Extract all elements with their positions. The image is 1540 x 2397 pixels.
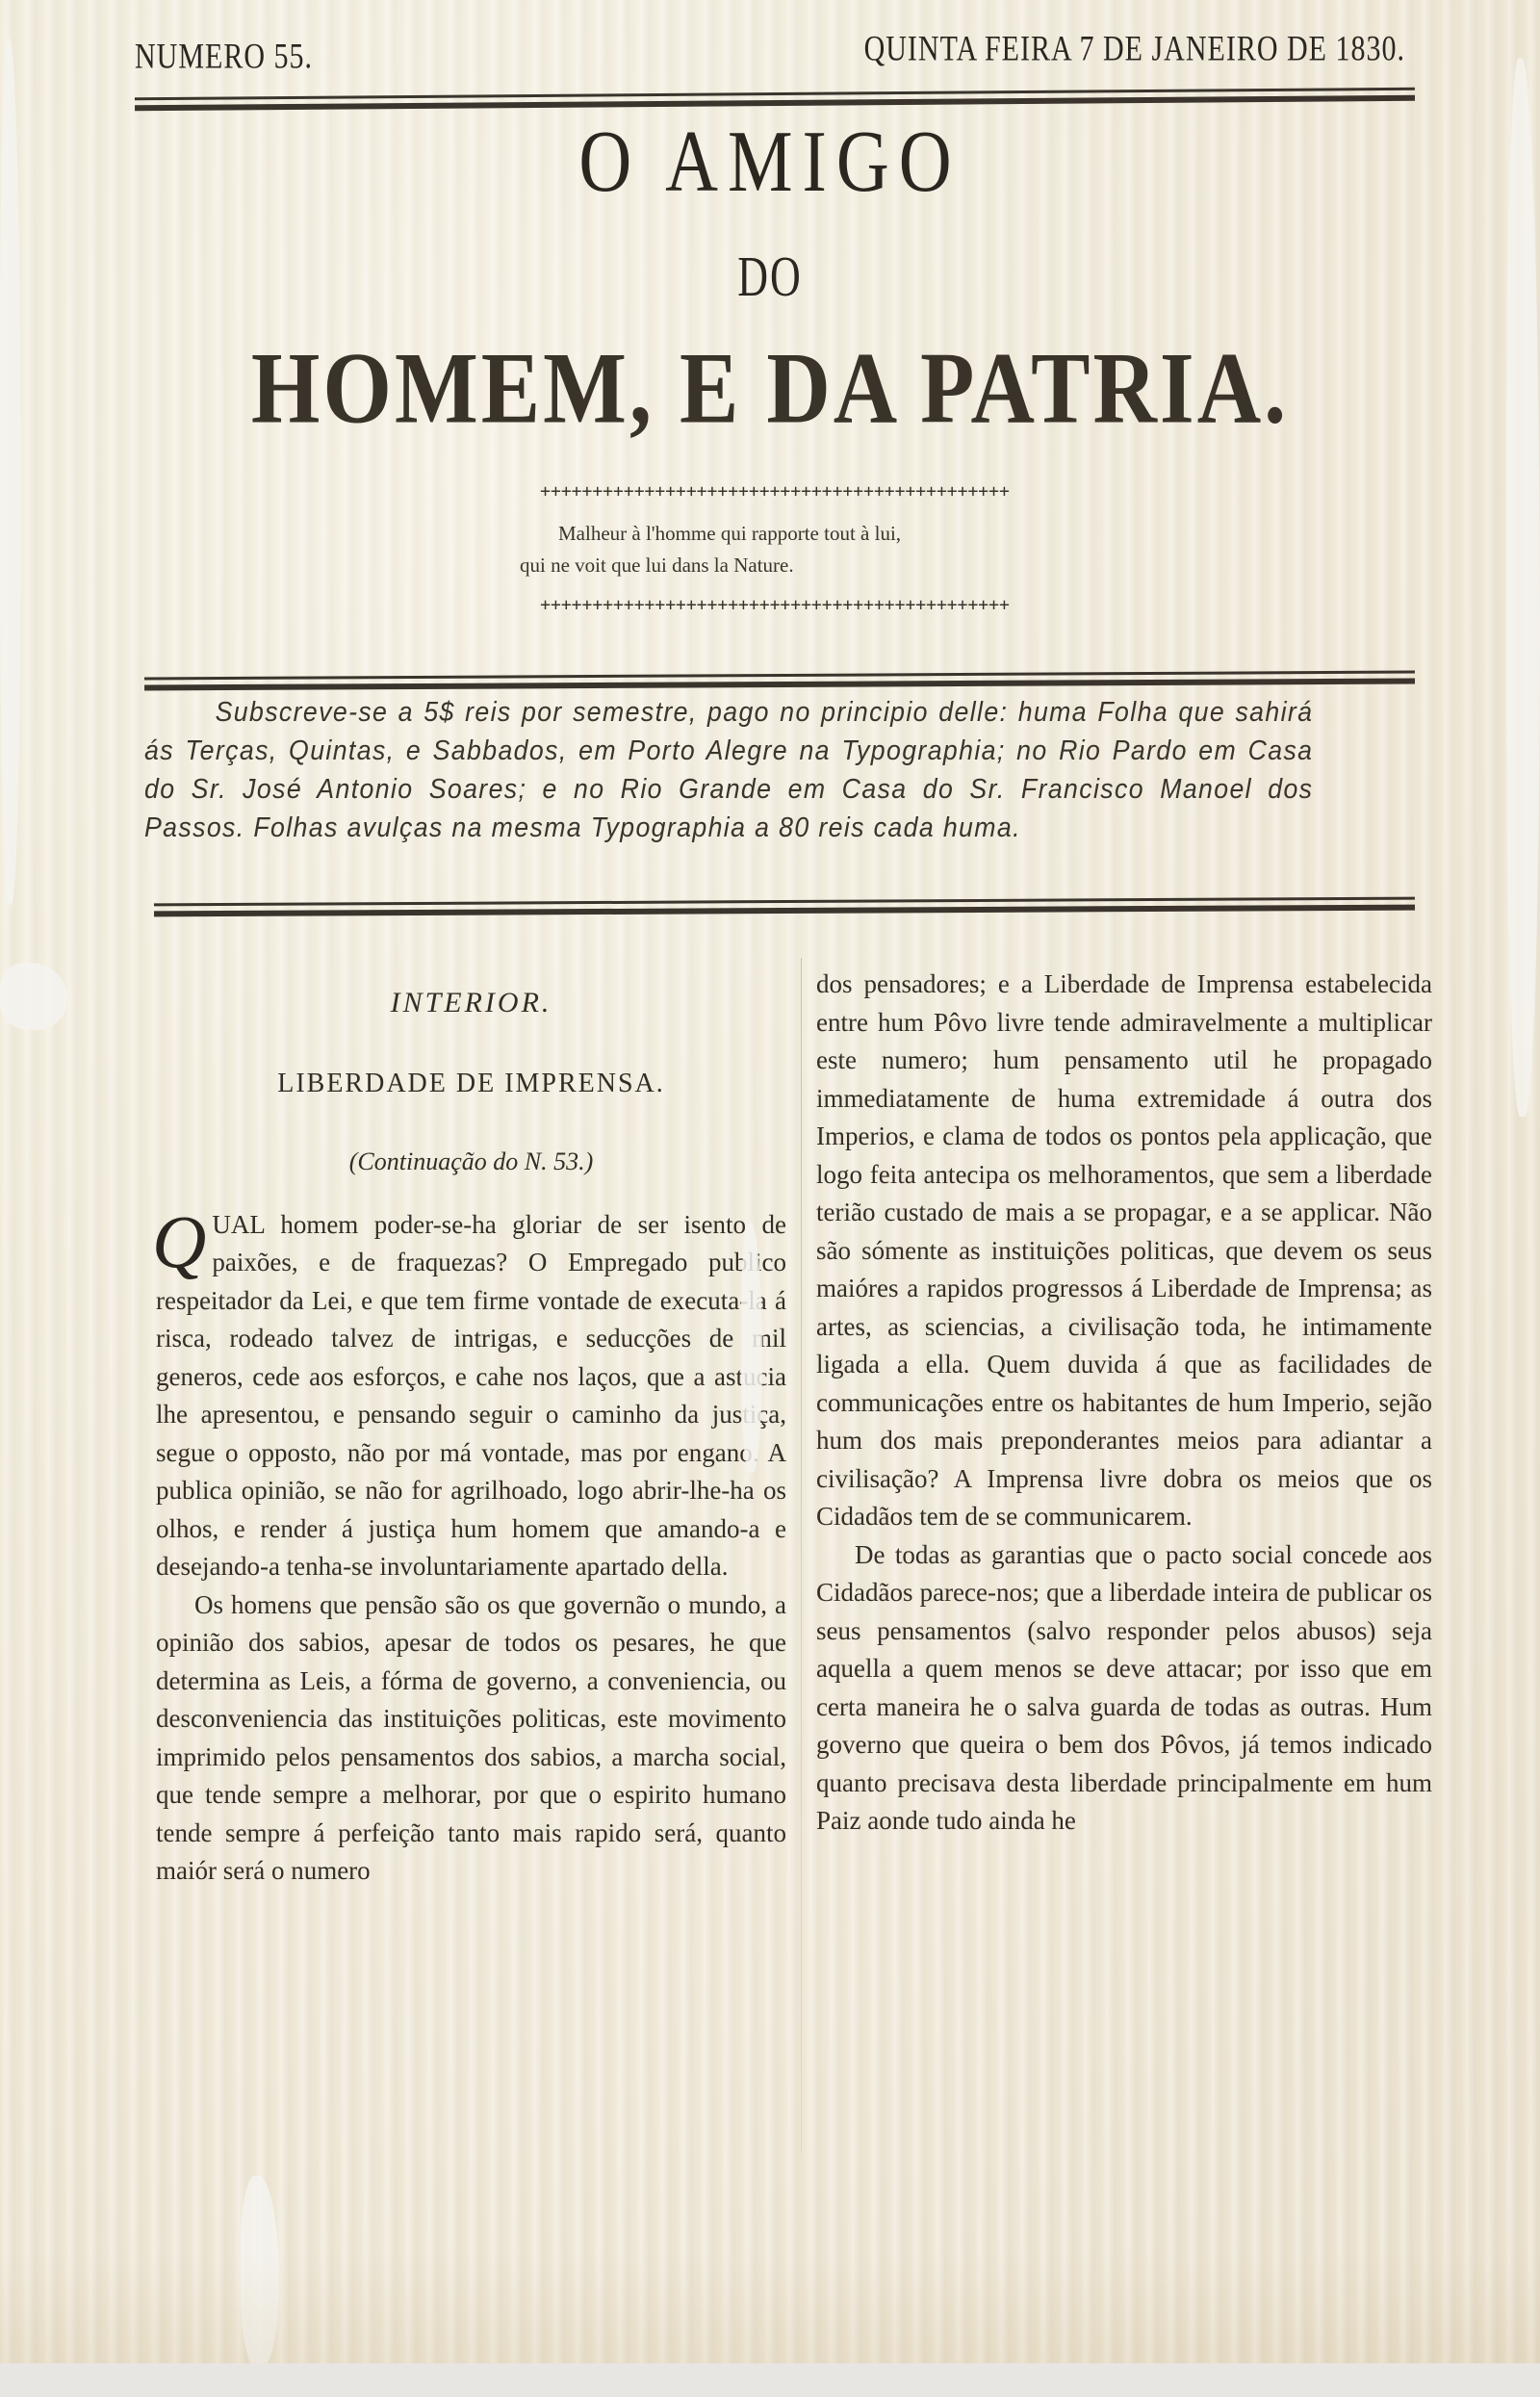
subscription-text: Subscreve-se a 5$ reis por semestre, pag… bbox=[144, 697, 1313, 843]
left-paragraph-1: QUAL homem poder-se-ha gloriar de ser is… bbox=[156, 1206, 786, 1586]
left-paragraph-2: Os homens que pensão são os que governão… bbox=[156, 1586, 786, 1891]
article-title: LIBERDADE DE IMPRENSA. bbox=[156, 1065, 786, 1103]
paper-tear bbox=[241, 2176, 279, 2368]
section-heading: INTERIOR. bbox=[156, 984, 786, 1022]
top-double-rule bbox=[135, 88, 1415, 111]
subscription-top-rule bbox=[144, 671, 1415, 691]
paper-tear bbox=[0, 963, 67, 1030]
right-paragraph-1: dos pensadores; e a Liberdade de Imprens… bbox=[816, 966, 1432, 1536]
epigraph: Malheur à l'homme qui rapporte tout à lu… bbox=[520, 518, 1030, 581]
column-divider bbox=[801, 958, 802, 2152]
right-paragraph-2: De todas as garantias que o pacto social… bbox=[816, 1536, 1432, 1841]
continuation-note: (Continuação do N. 53.) bbox=[156, 1143, 786, 1181]
title-line-2: DO bbox=[0, 244, 1540, 310]
ornamental-cross-rule-top: ++++++++++++++++++++++++++++++++++++++++… bbox=[520, 481, 1030, 502]
title-line-3: HOMEM, E DA PATRIA. bbox=[0, 329, 1540, 447]
paper-tear-right-edge bbox=[1506, 58, 1540, 1117]
issue-date: QUINTA FEIRA 7 DE JANEIRO DE 1830. bbox=[864, 29, 1405, 70]
article-left-column: INTERIOR. LIBERDADE DE IMPRENSA. (Contin… bbox=[156, 963, 786, 1891]
title-line-1: O AMIGO bbox=[0, 112, 1540, 212]
masthead-top-line: NUMERO 55. QUINTA FEIRA 7 DE JANEIRO DE … bbox=[135, 27, 1405, 75]
ornamental-cross-rule-bottom: ++++++++++++++++++++++++++++++++++++++++… bbox=[520, 595, 1030, 615]
epigraph-line-1: Malheur à l'homme qui rapporte tout à lu… bbox=[520, 518, 1030, 550]
drop-cap: Q bbox=[152, 1210, 206, 1274]
newspaper-page: NUMERO 55. QUINTA FEIRA 7 DE JANEIRO DE … bbox=[0, 0, 1540, 2368]
subscription-notice: Subscreve-se a 5$ reis por semestre, pag… bbox=[144, 693, 1313, 847]
article-right-column: dos pensadores; e a Liberdade de Imprens… bbox=[816, 966, 1432, 1841]
issue-number: NUMERO 55. bbox=[135, 37, 313, 78]
scan-background bbox=[0, 2363, 1540, 2397]
subscription-bottom-rule bbox=[154, 897, 1415, 917]
epigraph-line-2: qui ne voit que lui dans la Nature. bbox=[520, 550, 1030, 581]
